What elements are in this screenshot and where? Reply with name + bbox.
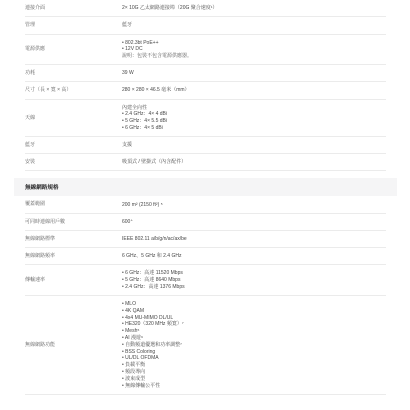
spec-value-management: 藍牙 — [122, 22, 386, 28]
spec-line: 吸頂式 / 壁掛式（內含配件） — [122, 159, 386, 165]
spec-label-concurrent-clients: 可同時連線用戶數 — [25, 219, 122, 225]
spec-label-wifi-features: 無線網路功能 — [25, 342, 122, 348]
spec-line: • 12V DC — [122, 46, 386, 52]
spec-line: 39 W — [122, 70, 386, 76]
spec-row-management: 管理藍牙 — [25, 17, 386, 34]
spec-label-power-consumption: 功耗 — [25, 70, 122, 76]
spec-label-data-rates: 傳輸速率 — [25, 277, 122, 283]
spec-label-interfaces: 連接介面 — [25, 5, 122, 11]
spec-value-interfaces: 2× 10G 乙太網路連接埠（20G 聚合速度¹） — [122, 5, 386, 11]
spec-row-wifi-bands: 無線網路頻率6 GHz、5 GHz 和 2.4 GHz — [25, 248, 386, 265]
spec-line: • 2.4 GHz：4× 4 dBi — [122, 111, 386, 117]
spec-line: • 5 GHz：4× 5.5 dBi — [122, 118, 386, 124]
spec-row-interfaces: 連接介面2× 10G 乙太網路連接埠（20G 聚合速度¹） — [25, 0, 386, 17]
spec-line: • 自動頻道優選和功率調整⁷ — [122, 342, 386, 348]
spec-line: • 4x4 MU-MIMO DL/UL — [122, 315, 386, 321]
spec-line: • 負載平衡 — [122, 362, 386, 368]
spec-line: • MLO — [122, 301, 386, 307]
spec-row-data-rates: 傳輸速率• 6 GHz：高達 11520 Mbps• 5 GHz：高達 8640… — [25, 265, 386, 296]
spec-row-mounting: 安裝吸頂式 / 壁掛式（內含配件） — [25, 154, 386, 171]
spec-value-power-method: • 802.3bt PoE++• 12V DC說明：包裝不包含電源供應器。 — [122, 40, 386, 60]
spec-label-wifi-standards: 無線網路標準 — [25, 236, 122, 242]
spec-line: • 頻段導向 — [122, 369, 386, 375]
spec-line: • HE320（320 MHz 頻寬）⁷ — [122, 321, 386, 327]
spec-line: • 波束成型 — [122, 376, 386, 382]
spec-label-management: 管理 — [25, 22, 122, 28]
spec-value-dimensions: 280 × 280 × 46.5 毫米（mm） — [122, 87, 386, 93]
spec-line: 藍牙 — [122, 22, 386, 28]
spec-line: 支援 — [122, 142, 386, 148]
spec-label-dimensions: 尺寸（長 × 寬 × 高） — [25, 87, 122, 93]
spec-line: • 802.3bt PoE++ — [122, 40, 386, 46]
spec-label-bluetooth: 藍牙 — [25, 142, 122, 148]
spec-row-wifi-features: 無線網路功能• MLO• 4K QAM• 4x4 MU-MIMO DL/UL• … — [25, 296, 386, 395]
section-header: 無線網路規格 — [14, 178, 397, 196]
spec-row-wifi-standards: 無線網路標準IEEE 802.11 a/b/g/n/ac/ax/be — [25, 231, 386, 248]
spec-row-coverage: 覆蓋範圍200 m² (2150 ft²) ⁵ — [25, 196, 386, 213]
spec-line: 2× 10G 乙太網路連接埠（20G 聚合速度¹） — [122, 5, 386, 11]
spec-row-bluetooth: 藍牙支援 — [25, 137, 386, 154]
spec-line: • 2.4 GHz：高達 1376 Mbps — [122, 284, 386, 290]
spec-line: • 5 GHz：高達 8640 Mbps — [122, 277, 386, 283]
spec-label-power-method: 電源供應 — [25, 46, 122, 52]
spec-value-antennas: 內建全向性• 2.4 GHz：4× 4 dBi• 5 GHz：4× 5.5 dB… — [122, 105, 386, 131]
spec-line: • AI 漫遊⁶ — [122, 335, 386, 341]
spec-line: • BSS Coloring — [122, 349, 386, 355]
spec-label-coverage: 覆蓋範圍 — [25, 201, 122, 207]
spec-line: 6 GHz、5 GHz 和 2.4 GHz — [122, 253, 386, 259]
spec-label-mounting: 安裝 — [25, 159, 122, 165]
spec-line: • 無線傳輸公平性 — [122, 383, 386, 389]
product-spec-table: 連接介面2× 10G 乙太網路連接埠（20G 聚合速度¹）管理藍牙電源供應• 8… — [0, 0, 410, 395]
spec-row-dimensions: 尺寸（長 × 寬 × 高）280 × 280 × 46.5 毫米（mm） — [25, 82, 386, 99]
spec-line: 600⁺ — [122, 219, 386, 225]
spec-value-concurrent-clients: 600⁺ — [122, 219, 386, 225]
spec-value-wifi-standards: IEEE 802.11 a/b/g/n/ac/ax/be — [122, 236, 386, 242]
spec-value-data-rates: • 6 GHz：高達 11520 Mbps• 5 GHz：高達 8640 Mbp… — [122, 270, 386, 290]
spec-line: IEEE 802.11 a/b/g/n/ac/ax/be — [122, 236, 386, 242]
spec-value-wifi-bands: 6 GHz、5 GHz 和 2.4 GHz — [122, 253, 386, 259]
spec-row-power-method: 電源供應• 802.3bt PoE++• 12V DC說明：包裝不包含電源供應器… — [25, 35, 386, 66]
spec-value-power-consumption: 39 W — [122, 70, 386, 76]
spec-line: 200 m² (2150 ft²) ⁵ — [122, 202, 386, 208]
spec-label-antennas: 天線 — [25, 115, 122, 121]
spec-row-antennas: 天線內建全向性• 2.4 GHz：4× 4 dBi• 5 GHz：4× 5.5 … — [25, 100, 386, 137]
spec-row-power-consumption: 功耗39 W — [25, 65, 386, 82]
spec-line: 說明：包裝不包含電源供應器。 — [122, 53, 386, 59]
spec-line: • 4K QAM — [122, 308, 386, 314]
spec-line: • 6 GHz：4× 5 dBi — [122, 125, 386, 131]
spec-row-concurrent-clients: 可同時連線用戶數600⁺ — [25, 214, 386, 231]
spec-value-bluetooth: 支援 — [122, 142, 386, 148]
spec-label-wifi-bands: 無線網路頻率 — [25, 253, 122, 259]
spec-value-coverage: 200 m² (2150 ft²) ⁵ — [122, 202, 386, 208]
spec-line: • Mesh⁵ — [122, 328, 386, 334]
spec-value-mounting: 吸頂式 / 壁掛式（內含配件） — [122, 159, 386, 165]
spec-line: 280 × 280 × 46.5 毫米（mm） — [122, 87, 386, 93]
spec-value-wifi-features: • MLO• 4K QAM• 4x4 MU-MIMO DL/UL• HE320（… — [122, 301, 386, 389]
spec-line: • UL/DL OFDMA — [122, 355, 386, 361]
spec-line: 內建全向性 — [122, 105, 386, 111]
spec-line: • 6 GHz：高達 11520 Mbps — [122, 270, 386, 276]
